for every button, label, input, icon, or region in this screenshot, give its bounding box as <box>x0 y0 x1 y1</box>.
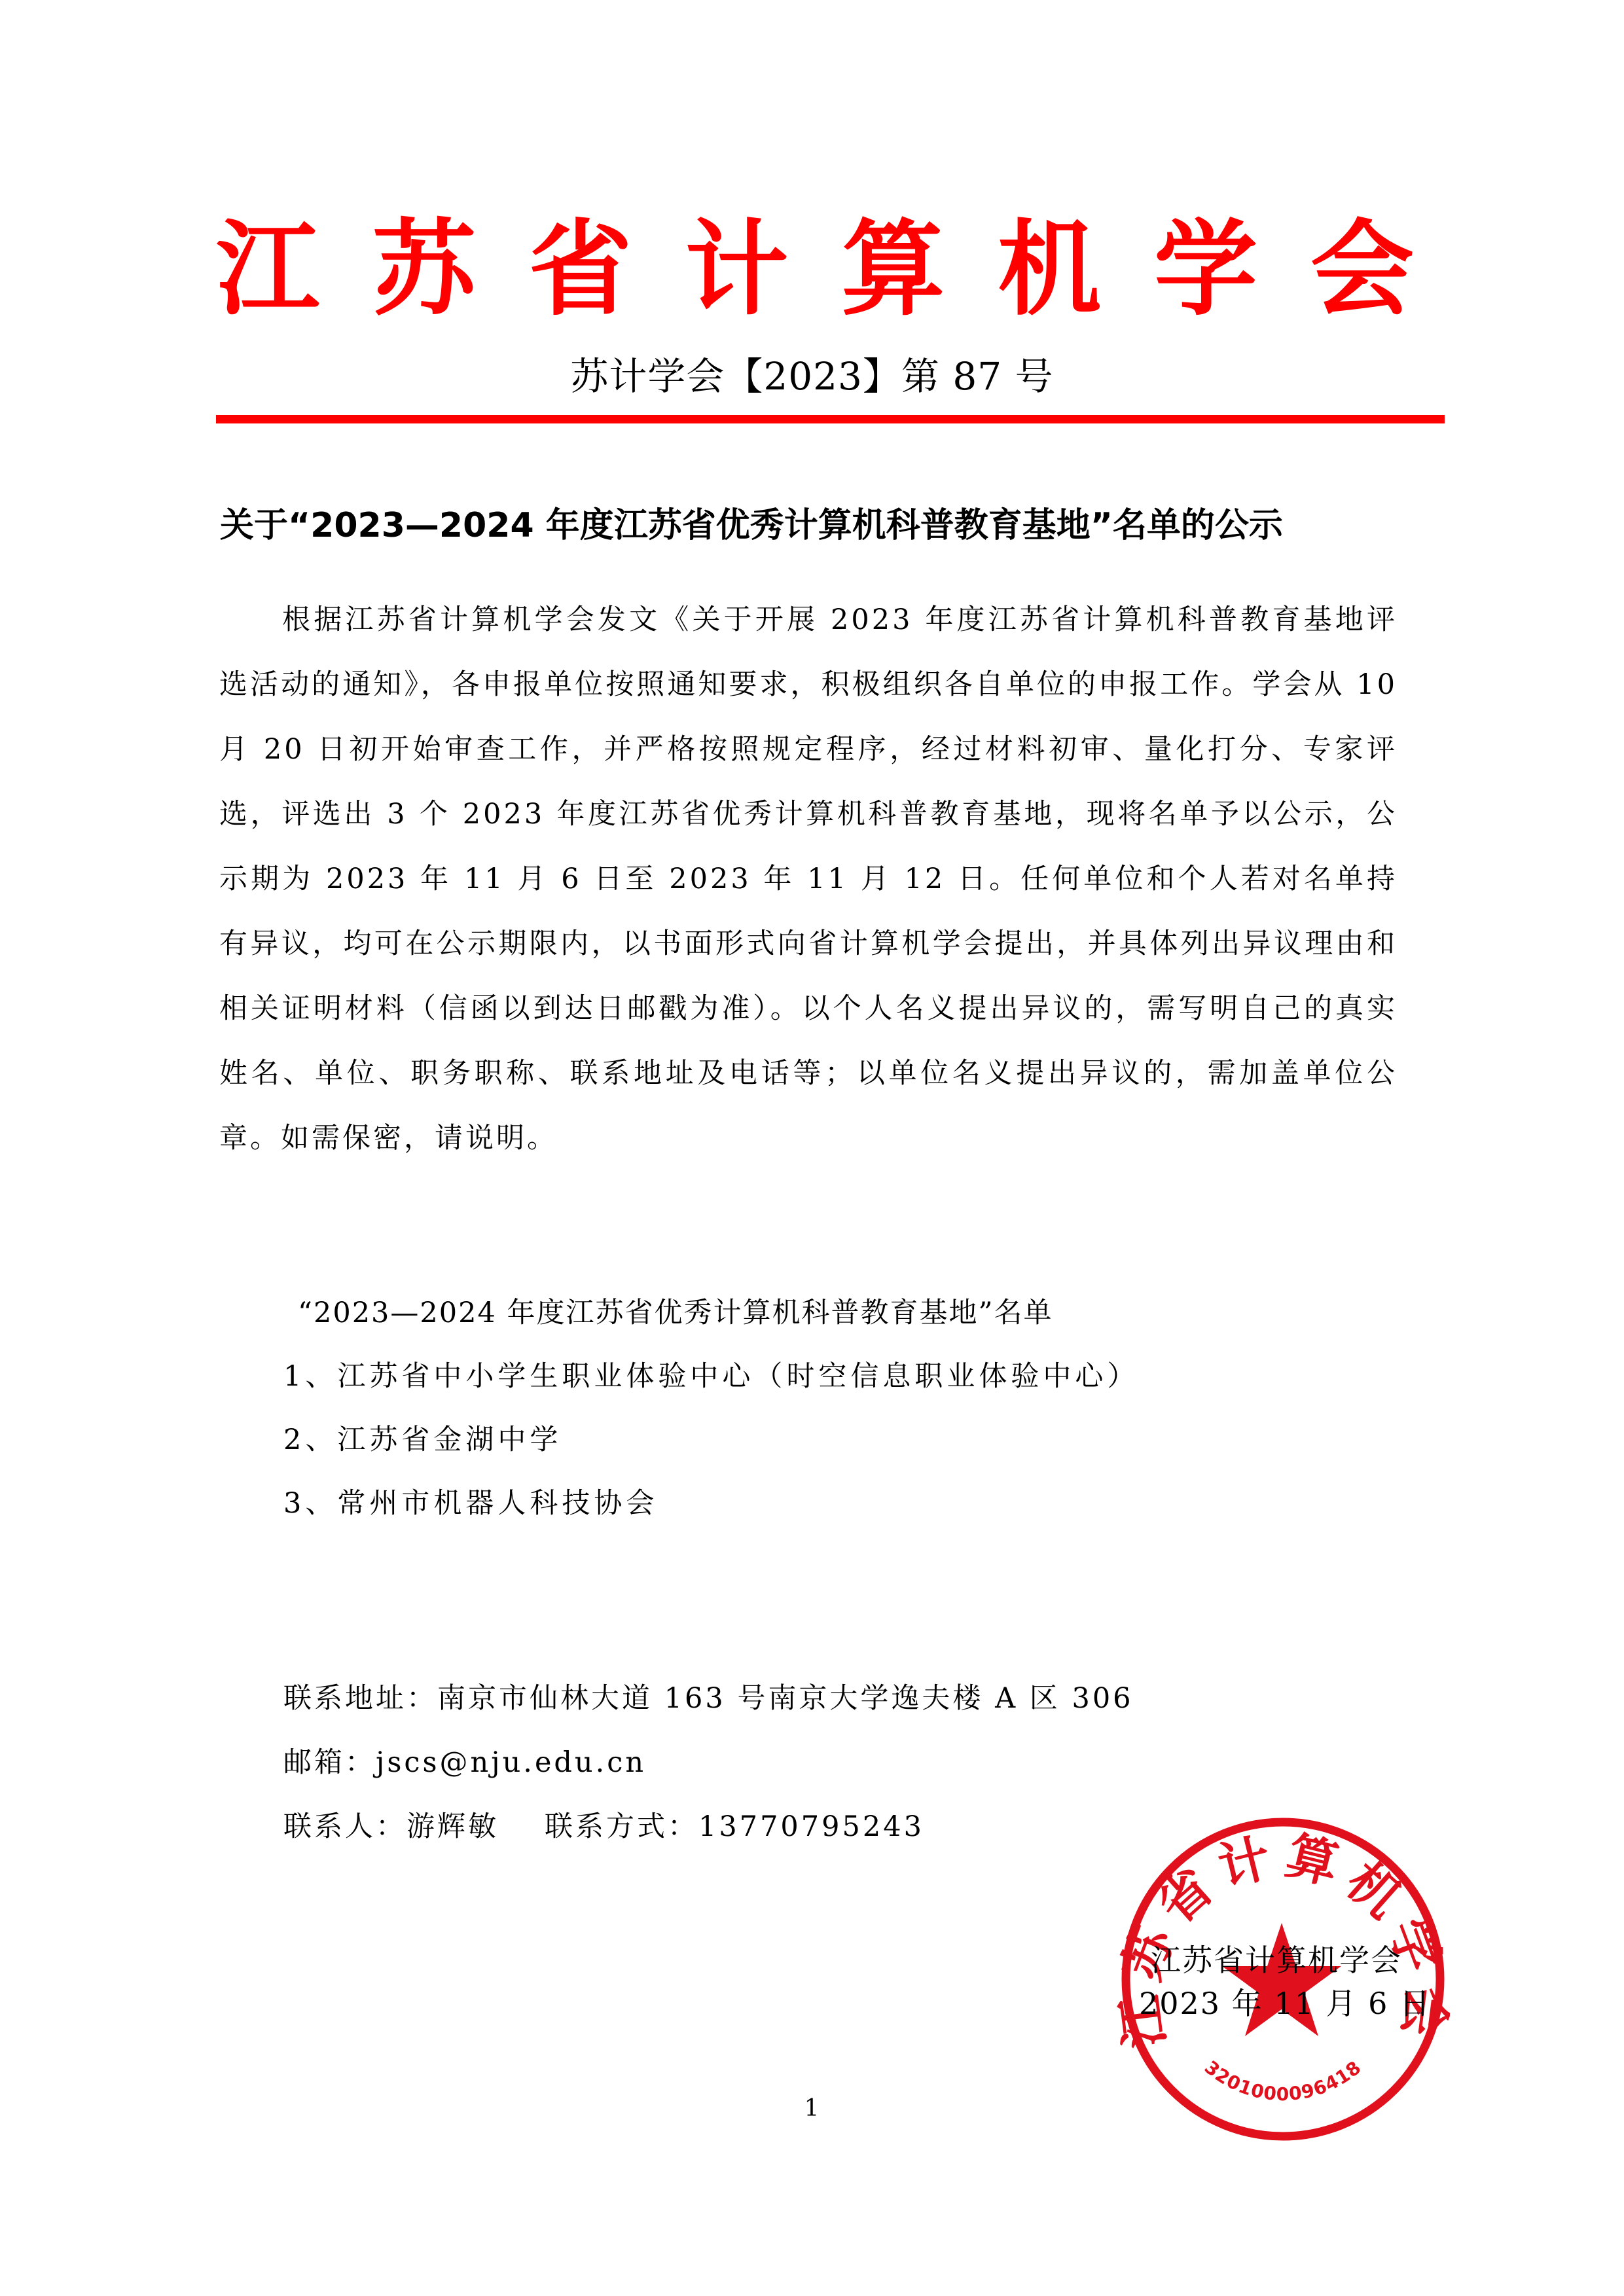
list-item: 1、江苏省中小学生职业体验中心（时空信息职业体验中心） <box>283 1357 1265 1396</box>
list-heading: “2023—2024 年度江苏省优秀计算机科普教育基地”名单 <box>298 1293 1265 1333</box>
masthead-char: 计 <box>685 211 789 329</box>
masthead-char: 学 <box>1154 211 1257 329</box>
masthead-title: 江 苏 省 计 算 机 学 会 <box>216 211 1414 329</box>
list-item: 2、江苏省金湖中学 <box>283 1420 1265 1460</box>
signature-org: 江苏省计算机学会 <box>1139 1939 1414 1982</box>
masthead-char: 苏 <box>372 211 476 329</box>
person-value: 游辉敏 <box>406 1810 499 1843</box>
document-number: 苏计学会【2023】第 87 号 <box>0 353 1624 399</box>
masthead-char: 机 <box>998 211 1101 329</box>
contact-email: 邮箱：jscs@nju.edu.cn <box>283 1743 1265 1782</box>
email-value[interactable]: jscs@nju.edu.cn <box>376 1746 646 1779</box>
person-label: 联系人： <box>283 1810 406 1843</box>
page-number: 1 <box>785 2094 838 2123</box>
award-list: “2023—2024 年度江苏省优秀计算机科普教育基地”名单 1、江苏省中小学生… <box>283 1293 1265 1523</box>
seal-code: 3201000096418 <box>1200 2056 1365 2105</box>
body-paragraph: 根据江苏省计算机学会发文《关于开展 2023 年度江苏省计算机科普教育基地评选活… <box>219 588 1398 1171</box>
svg-text:3201000096418: 3201000096418 <box>1200 2056 1365 2105</box>
contact-address: 联系地址：南京市仙林大道 163 号南京大学逸夫楼 A 区 306 <box>283 1679 1265 1718</box>
phone-label: 联系方式： <box>545 1810 698 1843</box>
masthead-char: 江 <box>216 211 319 329</box>
notice-title: 关于“2023—2024 年度江苏省优秀计算机科普教育基地”名单的公示 <box>220 503 1418 548</box>
email-label: 邮箱： <box>283 1746 376 1779</box>
signature-date: 2023 年 11 月 6 日 <box>1139 1982 1414 2025</box>
address-value: 南京市仙林大道 163 号南京大学逸夫楼 A 区 306 <box>437 1682 1134 1715</box>
phone-value: 13770795243 <box>698 1810 924 1843</box>
masthead-char: 省 <box>529 211 632 329</box>
masthead-char: 算 <box>841 211 945 329</box>
red-divider <box>216 415 1445 423</box>
address-label: 联系地址： <box>283 1682 437 1715</box>
signature-block: 江苏省计算机学会 2023 年 11 月 6 日 <box>1139 1939 1414 2025</box>
masthead-char: 会 <box>1310 211 1414 329</box>
list-item: 3、常州市机器人科技协会 <box>283 1484 1265 1523</box>
